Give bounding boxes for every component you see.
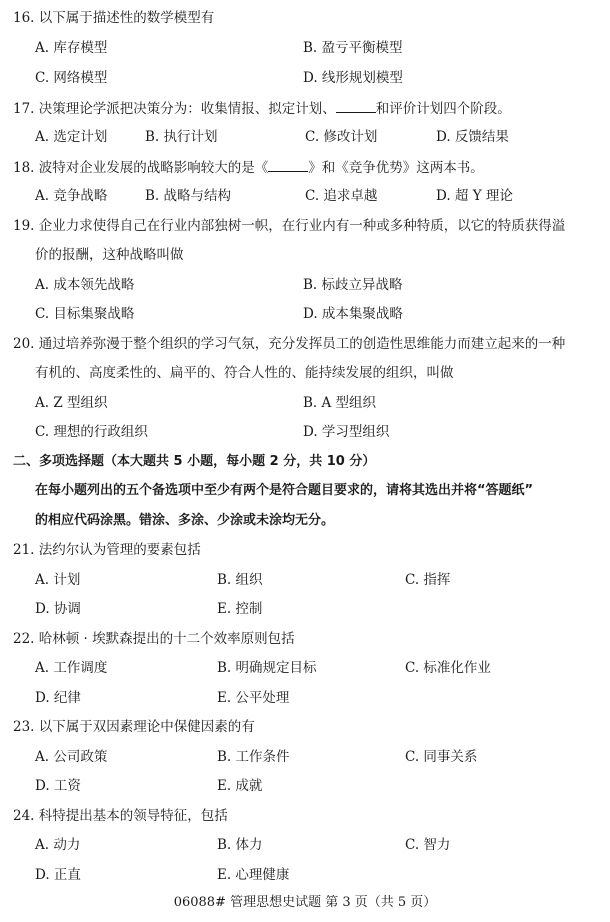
q24-option-e: E. 心理健康 xyxy=(217,866,289,884)
q21-option-b: B. 组织 xyxy=(217,571,263,589)
q19-option-a: A. 成本领先战略 xyxy=(35,276,134,294)
q20-option-c: C. 理想的行政组织 xyxy=(35,423,148,441)
q18-stem-after: 》和《竞争优势》这两本书。 xyxy=(308,160,484,176)
question-20-stem-line2: 有机的、高度柔性的、扁平的、符合人性的、能持续发展的组织，叫做 xyxy=(35,364,454,382)
q20-option-b: B. A 型组织 xyxy=(303,394,376,412)
q21-option-e: E. 控制 xyxy=(217,600,262,618)
q21-option-c: C. 指挥 xyxy=(405,571,450,589)
q17-option-d: D. 反馈结果 xyxy=(436,128,509,146)
question-18-stem: 18. 波特对企业发展的战略影响较大的是《》和《竞争优势》这两本书。 xyxy=(13,158,484,176)
q18-blank xyxy=(268,158,308,172)
q20-option-a: A. Z 型组织 xyxy=(35,394,108,412)
q23-option-a: A. 公司政策 xyxy=(35,748,107,766)
q20-option-d: D. 学习型组织 xyxy=(303,423,389,441)
q17-option-b: B. 执行计划 xyxy=(145,128,218,146)
q23-option-d: D. 工资 xyxy=(35,777,81,795)
question-19-stem-line2: 价的报酬，这种战略叫做 xyxy=(35,246,184,264)
q23-option-b: B. 工作条件 xyxy=(217,748,290,766)
q22-option-d: D. 纪律 xyxy=(35,689,81,707)
q17-option-c: C. 修改计划 xyxy=(305,128,377,146)
question-19-stem-line1: 19. 企业力求使得自己在行业内部独树一帜，在行业内有一种或多种特质，以它的特质… xyxy=(13,217,565,235)
q19-option-b: B. 标歧立异战略 xyxy=(303,276,403,294)
q23-option-e: E. 成就 xyxy=(217,777,262,795)
q22-option-b: B. 明确规定目标 xyxy=(217,659,317,677)
q16-option-c: C. 网络模型 xyxy=(35,69,107,87)
q24-option-b: B. 体力 xyxy=(217,836,263,854)
q17-stem-before: 17. 决策理论学派把决策分为：收集情报、拟定计划、 xyxy=(13,101,336,117)
q17-blank xyxy=(336,99,376,113)
q18-option-b: B. 战略与结构 xyxy=(145,187,231,205)
q24-option-d: D. 正直 xyxy=(35,866,81,884)
q21-option-d: D. 协调 xyxy=(35,600,81,618)
question-20-stem-line1: 20. 通过培养弥漫于整个组织的学习气氛，充分发挥员工的创造性思维能力而建立起来… xyxy=(13,335,565,353)
q22-option-e: E. 公平处理 xyxy=(217,689,289,707)
q18-option-c: C. 追求卓越 xyxy=(305,187,377,205)
question-17-stem: 17. 决策理论学派把决策分为：收集情报、拟定计划、和评价计划四个阶段。 xyxy=(13,99,511,117)
section-2-heading: 二、多项选择题（本大题共 5 小题，每小题 2 分，共 10 分） xyxy=(13,453,375,471)
question-16-stem: 16. 以下属于描述性的数学模型有 xyxy=(13,9,214,27)
section-2-instruction-line1: 在每小题列出的五个备选项中至少有两个是符合题目要求的，请将其选出并将“答题纸” xyxy=(35,482,533,500)
q18-option-d: D. 超 Y 理论 xyxy=(436,187,513,205)
question-21-stem: 21. 法约尔认为管理的要素包括 xyxy=(13,541,201,559)
section-2-instruction-line2: 的相应代码涂黑。错涂、多涂、少涂或未涂均无分。 xyxy=(35,512,334,530)
q22-option-a: A. 工作调度 xyxy=(35,659,107,677)
q23-option-c: C. 同事关系 xyxy=(405,748,477,766)
q19-option-d: D. 成本集聚战略 xyxy=(303,305,403,323)
q24-option-c: C. 智力 xyxy=(405,836,450,854)
question-22-stem: 22. 哈林顿 · 埃默森提出的十二个效率原则包括 xyxy=(13,630,295,648)
q16-option-d: D. 线形规划模型 xyxy=(303,69,403,87)
q22-option-c: C. 标准化作业 xyxy=(405,659,491,677)
q17-option-a: A. 选定计划 xyxy=(35,128,107,146)
q19-option-c: C. 目标集聚战略 xyxy=(35,305,134,323)
q16-option-b: B. 盈亏平衡模型 xyxy=(303,39,403,57)
question-24-stem: 24. 科特提出基本的领导特征，包括 xyxy=(13,807,228,825)
q17-stem-after: 和评价计划四个阶段。 xyxy=(376,101,511,117)
question-23-stem: 23. 以下属于双因素理论中保健因素的有 xyxy=(13,718,255,736)
q18-stem-before: 18. 波特对企业发展的战略影响较大的是《 xyxy=(13,160,268,176)
q21-option-a: A. 计划 xyxy=(35,571,80,589)
q16-option-a: A. 库存模型 xyxy=(35,39,107,57)
q18-option-a: A. 竞争战略 xyxy=(35,187,107,205)
page-footer: 06088# 管理思想史试题 第 3 页（共 5 页） xyxy=(0,894,610,912)
q24-option-a: A. 动力 xyxy=(35,836,80,854)
